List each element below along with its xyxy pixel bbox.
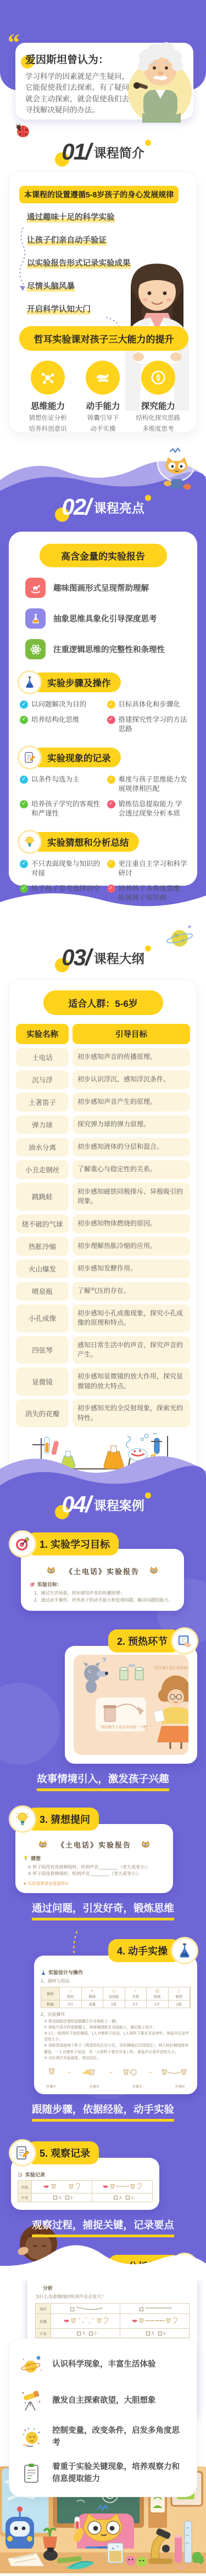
outline-heading: 03/ 课程大纲: [0, 946, 206, 969]
material-icon: ◇: [103, 1988, 125, 1994]
quantity-cell: 1根: [169, 2001, 191, 2008]
intro-point: 以实验报告形式记录实验成果: [27, 257, 131, 269]
analysis-row-head: 传播: [36, 2314, 51, 2329]
harvest-card: 认识科学现象，丰富生活体验 激发自主探索欲望，大胆想象 控制变量，改变条件，启发…: [9, 2338, 197, 2497]
quantity-row-head: 数量: [41, 2001, 60, 2008]
target-icon: [9, 1530, 36, 1558]
warmup-card: ? “这个盒子怎么会发出声音呢？” “我们做个土电话来试验一下吧！”: [65, 1646, 197, 1764]
compass-icon: [141, 361, 175, 395]
step-4: 4. 动手实操 实验设计与操作 1、器材与用品 器材 ○纸杯≈棉线◇双面胶∕牙签…: [0, 1937, 206, 2122]
harvest-text: 认识科学现象，丰富生活体验: [52, 2359, 156, 2371]
materials-label: 1、器材与用品: [41, 1978, 191, 1985]
cat-icon: [140, 1839, 151, 1850]
check-icon: ✓: [20, 800, 28, 808]
quantity-cell: 适量: [82, 2001, 104, 2008]
check-icon: ✓: [107, 860, 115, 868]
hands-icon: [86, 361, 120, 395]
section-title: 课程简介: [94, 143, 144, 161]
spread-cell: [120, 2314, 190, 2329]
step-2: 2. 预热环节 ? “这个盒子怎么会发出声音呢？” “我们做个土电话来试验一下吧…: [0, 1627, 206, 1791]
quote-title: 爱因斯坦曾认为：: [25, 52, 109, 66]
ability-line: 多维度思考: [131, 425, 186, 433]
operation-card: 实验设计与操作 1、器材与用品 器材 ○纸杯≈棉线◇双面胶∕牙签◎贴纸|吸管 数…: [34, 1956, 197, 2094]
group-title: 实验现象的记录: [36, 748, 121, 767]
step-label: 步骤④: [175, 2084, 185, 2089]
harvest-item: 认识科学现象，丰富生活体验: [19, 2353, 187, 2377]
cat-icon: [148, 1565, 159, 1576]
ability-line: 动手实操: [75, 425, 130, 433]
check-grid: ✓以条件勾选为主✓难度与孩子思维能力发展规律相匹配✓培养孩子学究的客观性和严谨性…: [20, 775, 188, 819]
quantity-cell: 2卷: [103, 2001, 125, 2008]
report-point: 抽象思维具象化引导深度思考: [25, 608, 188, 629]
outline-section: 03/ 课程大纲 适合人群：5-6岁 实验名称 引导目标 土电话 初步感知声音的…: [0, 921, 206, 1447]
material-icon: ○: [60, 1988, 81, 1994]
experiment-name-cell: 烧不破的气球: [16, 1215, 69, 1233]
material-cell: |吸管: [169, 1987, 191, 2000]
step-label: 步骤③: [132, 2084, 142, 2089]
report-title: 《土电话》实验报告: [57, 1839, 131, 1850]
cat-astronaut-icon: [151, 441, 202, 496]
step-pill: 3. 猜想提问: [31, 1808, 99, 1831]
experiment-name-cell: 跳跳蛙: [16, 1183, 69, 1211]
step-3: 3. 猜想提问 《土电话》实验报告 猜想 ① 杯子间没有连接棉线时，听到声音__…: [0, 1805, 206, 1921]
record-line-cell: [92, 2181, 153, 2193]
guess-line: ① 杯子间没有连接棉线时，听到声音________（变大或变小）；: [27, 1864, 165, 1871]
story-illustration: ? “这个盒子怎么会发出声音呢？” “我们做个土电话来试验一下吧！”: [74, 1655, 188, 1755]
harvest-text: 激发自主探索欲望，大胆想象: [52, 2395, 156, 2407]
step-labels: 步骤①步骤②步骤③步骤④: [41, 2083, 191, 2089]
report-point: 趣味图画形式呈现帮助理解: [25, 578, 188, 598]
harvest-text: 控制变量，改变条件，启发多角度思考: [52, 2425, 187, 2449]
rocking-horse-icon: [25, 578, 46, 598]
operation-step: ⑤ 对比两次实验现象，得出结论。: [44, 2055, 191, 2061]
goal-report-card: 《土电话》实验报告 实验目标： 1、通过生活场景，初步感知声音的传播原理；2、通…: [21, 1549, 184, 1611]
operation-steps: ① 将双面胶沿着杯底圆圈左右对称贴上一圈；② 将贴片放在杯底圆圈上，再将棉线粘在…: [41, 2019, 191, 2061]
guess-label: 猜想: [31, 1855, 41, 1862]
section-title: 课程亮点: [94, 498, 144, 516]
planet-icon: [19, 2353, 43, 2377]
step-caption: 观察过程，捕捉关键，记录要点: [0, 2218, 206, 2237]
ability-hands-on: 动手能力 锦囊引导下动手实操亲子互动式学习: [75, 361, 130, 433]
clipboard-icon: [19, 2461, 43, 2486]
harvest-item: 激发自主探索欲望，大胆想象: [19, 2389, 187, 2413]
experiment-name-cell: 显微镜: [16, 1367, 69, 1395]
experiment-name-cell: 沉与浮: [16, 1070, 69, 1089]
intro-point: 尽情头脑风暴: [27, 280, 75, 292]
experiment-name-cell: 喷泉瓶: [16, 1282, 69, 1301]
check-icon: ✓: [20, 860, 28, 868]
notes-icon: [18, 2172, 23, 2178]
condition-cell: [120, 2304, 190, 2314]
experiment-goal-cell: 初步感知显微镜的放大作用，探究显微镜的放大特点。: [73, 1367, 190, 1395]
check-icon: ✓: [107, 800, 115, 808]
step-pill: 2. 预热环节: [108, 1629, 176, 1652]
operation-step: ③ 2人一组将杯子连好棉线，1人对着杯子说话，1人将杯子罩在耳朵旁听，体验并记录…: [44, 2031, 191, 2043]
record-row-head: 声音: [18, 2193, 32, 2202]
check-text: 锻炼信息提取能力 学会透过现象分析本质: [119, 800, 189, 819]
harvest-item: 控制变量，改变条件，启发多角度思考: [19, 2425, 187, 2449]
materials-table: 器材 ○纸杯≈棉线◇双面胶∕牙签◎贴纸|吸管 数量 2只适量2卷2个2个1根: [41, 1987, 191, 2008]
design-label: 实验设计与操作: [48, 1969, 83, 1976]
group-title: 实验猜想和分析总结: [36, 832, 139, 852]
ability-line: 结构化探究思路: [131, 414, 186, 424]
experiment-name-cell: 土电话: [16, 1048, 69, 1067]
harvest-item: 着重于实验关键现象，培养观察力和信息提取能力: [19, 2461, 187, 2486]
analysis-question: 为什么连着棉线时听到声音会变大？: [35, 2294, 190, 2301]
steps-illustration: → → →: [41, 2066, 191, 2083]
record-row-head: 实验: [18, 2181, 32, 2193]
check-icon: ✓: [107, 776, 115, 784]
sound-options-cell: 大小: [92, 2193, 153, 2202]
table-header-goal: 引导目标: [73, 1024, 190, 1044]
experiment-goal-cell: 初步感知声音产生的原理。: [73, 1093, 190, 1112]
check-item: ✓以条件勾选为主: [20, 775, 102, 794]
experiment-name-cell: 小丑走钢丝: [16, 1160, 69, 1179]
analysis-row-head: 声音: [36, 2329, 51, 2338]
experiment-goal-cell: 初步感知声音的传播原理。: [73, 1048, 190, 1067]
experiment-name-cell: 油水分离: [16, 1138, 69, 1156]
record-table: 实验 声音 大小 大小: [18, 2180, 153, 2202]
experiment-name-cell: 小孔成像: [16, 1304, 69, 1332]
material-cell: ○纸杯: [60, 1987, 82, 2000]
report-point-text: 抽象思维具象化引导深度思考: [53, 613, 157, 624]
check-text: 难度与孩子思维能力发展规律相匹配: [119, 775, 189, 794]
experiment-goal-cell: 初步感知液体的分层和混合。: [73, 1138, 190, 1156]
check-item: ✓更注重自主学习和科学研讨: [107, 859, 189, 879]
operation-step: ② 将贴片放在杯底圆圈上，再将棉线粘在双面胶上，最后贴上贴片；: [44, 2025, 191, 2031]
section-number: 04/: [62, 1493, 90, 1516]
bulb-icon: [9, 1805, 36, 1833]
experiment-goal-cell: 感知日常生活中的声音，探究声音的产生。: [73, 1336, 190, 1364]
report-point-text: 注重逻辑思维的完整性和条理性: [53, 643, 165, 655]
ability-thinking: 思维能力 猜想佐证分析培养科创意识和审辩性思维: [20, 361, 75, 433]
experiment-goal-cell: 探究弹力球的弹力原理。: [73, 1115, 190, 1134]
landing-page: “ 爱因斯坦曾认为： 学习科学的因素就是产生疑问，它能促使我们去探索。有了疑问就…: [0, 0, 206, 2576]
quantity-cell: 2个: [125, 2001, 147, 2008]
check-text: 搭建探究性学习的方法思路: [119, 715, 189, 734]
check-icon: ✓: [107, 700, 115, 709]
materials-row-head: 器材: [41, 1987, 60, 2000]
check-text: 目标具体化和步骤化: [119, 700, 181, 710]
bulb-icon: [23, 1855, 29, 1861]
experiment-name-cell: 热胀冷缩: [16, 1237, 69, 1256]
book-hand-icon: [171, 1627, 198, 1655]
operation-step: ① 将双面胶沿着杯底圆圈左右对称贴上一圈；: [44, 2019, 191, 2025]
report-point-text: 趣味图画形式呈现帮助理解: [53, 582, 149, 594]
experiment-goal-cell: 初步感知发酵作用。: [73, 1259, 190, 1278]
step-pill: 1. 实验学习目标: [31, 1532, 119, 1555]
thinking-bulb-icon: [19, 2425, 43, 2449]
group-title: 实验步骤及操作: [36, 673, 121, 692]
check-item: ✓以问题解决为目的: [20, 700, 102, 710]
ability-line: 猜想佐证分析: [20, 414, 75, 424]
speech-bubble-2: “我们做个土电话来试验一下吧！”: [100, 1724, 152, 1729]
report-title-pill: 高含金量的实验报告: [40, 544, 167, 567]
intro-card: 本课程的设置遵循5-8岁孩子的身心发展规律 通过趣味十足的科学实验让孩子们亲自动…: [9, 171, 197, 433]
sound-options-cell: 大小: [120, 2329, 190, 2338]
intro-banner: 本课程的设置遵循5-8岁孩子的身心发展规律: [19, 186, 179, 203]
step-pill: 5. 观察记录: [31, 2141, 99, 2164]
wave-decoration: [0, 886, 206, 921]
abilities-row: 思维能力 猜想佐证分析培养科创意识和审辩性思维 动手能力 锦囊引导下动手实操亲子…: [20, 361, 186, 433]
experiment-goal-cell: 了解重心与稳定性的关系。: [73, 1160, 190, 1179]
quantity-cell: 2只: [60, 2001, 82, 2008]
highlight-section: 02/ 课程亮点 高含金量的实验报告 趣味图画形式呈现帮助理解 抽象思维具象化引…: [0, 449, 206, 921]
section-number: 01/: [62, 140, 90, 163]
einstein-illustration: [120, 31, 203, 123]
check-icon: ✓: [20, 700, 28, 709]
molecule-icon: [31, 361, 65, 395]
intro-points-list: 通过趣味十足的科学实验让孩子们亲自动手验证以实验报告形式记录实验成果尽情头脑风暴…: [27, 211, 137, 315]
check-item: ✓培养结构化思维: [20, 715, 102, 734]
guess-report-card: 《土电话》实验报告 猜想 ① 杯子间没有连接棉线时，听到声音________（变…: [15, 1824, 173, 1894]
step-caption: 通过问题，引发好奇，锻炼思维: [0, 1901, 206, 1920]
check-text: 不只表面现象与知识的对接: [31, 859, 102, 879]
outline-table: 实验名称 引导目标 土电话 初步感知声音的传播原理。 沉与浮 初步认识浮沉，感知…: [16, 1024, 190, 1427]
cat-icon: [37, 1839, 48, 1850]
experiment-goal-cell: 初步理解热胀冷缩的应用。: [73, 1237, 190, 1256]
material-cell: ◎贴纸: [147, 1987, 169, 2000]
check-item: ✓不只表面现象与知识的对接: [20, 859, 102, 879]
experiment-goal-cell: 初步感知磁铁同极排斥、异极吸引的现象。: [73, 1183, 190, 1211]
check-grid: ✓以问题解决为目的✓目标具体化和步骤化✓培养结构化思维✓搭建探究性学习的方法思路: [20, 700, 188, 734]
intro-point: 通过趣味十足的科学实验: [27, 211, 115, 223]
check-icon: ✓: [20, 776, 28, 784]
check-item: ✓搭建探究性学习的方法思路: [107, 715, 189, 734]
flask-icon: [18, 670, 42, 694]
experiment-goal-cell: 初步感知光的全反射现象，探索光的特性。: [73, 1399, 190, 1427]
check-item: ✓难度与孩子思维能力发展规律相匹配: [107, 775, 189, 794]
experiment-name-cell: 土著笛子: [16, 1093, 69, 1112]
check-icon: ✓: [20, 716, 28, 724]
case-heading: 04/ 课程案例: [0, 1493, 206, 1516]
ability-name: 思维能力: [20, 400, 75, 412]
check-item: ✓目标具体化和步骤化: [107, 700, 189, 710]
check-text: 培养孩子学究的客观性和严谨性: [31, 800, 102, 819]
sound-options-cell: 大小: [51, 2329, 120, 2338]
intro-section: 01/ 课程简介 本课程的设置遵循5-8岁孩子的身心发展规律 通过趣味十足的科学…: [0, 137, 206, 449]
experiment-name-cell: 火山爆发: [16, 1259, 69, 1278]
material-icon: |: [169, 1988, 190, 1994]
check-icon: ✓: [107, 716, 115, 724]
globe-icon: [35, 2286, 41, 2291]
analysis-table: 条件 传播 声音 大小 大小: [35, 2303, 190, 2338]
experiment-name-cell: 消失的花瓣: [16, 1399, 69, 1427]
material-icon: ≈: [82, 1988, 103, 1994]
ability-line: 锦囊引导下: [75, 414, 130, 424]
section-number: 03/: [62, 946, 90, 969]
condition-cell: [51, 2304, 120, 2314]
sound-options-cell: 大小: [32, 2193, 92, 2202]
section-title: 课程案例: [94, 1496, 144, 1514]
operation-step: ④ 用吸管连接两个杯子（吸管预先扎好小孔，穿好棉线后打结固定），两人轻拉棉线使其…: [44, 2043, 191, 2055]
intro-point: 让孩子们亲自动手验证: [27, 234, 107, 246]
experiment-goal-cell: 了解气压的存在。: [73, 1282, 190, 1301]
record-label: 实验记录: [25, 2171, 45, 2178]
ability-name: 探究能力: [131, 400, 186, 412]
experiment-goal-cell: 初步认识浮沉，感知浮沉条件。: [73, 1070, 190, 1089]
abilities-title-pill: 哲耳实验课对孩子三大能力的提升: [19, 326, 188, 351]
step-pill: 4. 动手实操: [108, 1939, 176, 1962]
check-text: 更注重自主学习和科学研讨: [119, 859, 189, 879]
experiment-goal-cell: 初步感知物体燃烧的原因。: [73, 1215, 190, 1233]
experiment-name-cell: 四弦琴: [16, 1336, 69, 1364]
material-icon: ∕: [125, 1988, 147, 1994]
step-label: 步骤②: [89, 2084, 99, 2089]
quantity-cell: 2个: [147, 2001, 169, 2008]
quote-body: 学习科学的因素就是产生疑问，它能促使我们去探索。有了疑问就会主动探索，就会促使我…: [25, 71, 135, 116]
check-item: ✓培养孩子学究的客观性和严谨性: [20, 800, 102, 819]
goal-label: 实验目标：: [37, 1581, 62, 1588]
highlight-card: 高含金量的实验报告 趣味图画形式呈现帮助理解 抽象思维具象化引导深度思考 注重逻…: [9, 532, 197, 886]
goal-line: 1、通过生活场景，初步感知声音的传播原理；: [34, 1590, 175, 1597]
experiment-name-cell: 弹力球: [16, 1115, 69, 1134]
bulb-icon: [18, 830, 42, 854]
ability-inquiry: 探究能力 结构化探究思路多维度思考事物本质: [131, 361, 186, 433]
goal-line: 2、通过动手操作，培养孩子的动手能力和发现问题、解决问题的能力。: [34, 1597, 175, 1604]
svg-text:?: ?: [102, 1656, 106, 1664]
material-cell: ◇双面胶: [103, 1987, 125, 2000]
highlight-heading: 02/ 课程亮点: [0, 495, 206, 518]
speech-bubble-1: “这个盒子怎么会发出声音呢？”: [154, 1665, 188, 1670]
notes-icon: [18, 745, 42, 770]
intro-heading: 01/ 课程简介: [0, 140, 206, 163]
guess-line: ② 杯子间连着棉线时，听到声音________（变大或变小）；: [27, 1871, 165, 1878]
check-item: ✓锻炼信息提取能力 学会透过现象分析本质: [107, 800, 189, 819]
harvest-text: 着重于实验关键现象，培养观察力和信息提取能力: [52, 2461, 187, 2486]
check-text: 以问题解决为目的: [31, 700, 86, 710]
section-title: 课程大纲: [94, 949, 144, 967]
section-number: 02/: [62, 495, 90, 518]
group-record: 实验现象的记录 ✓以条件勾选为主✓难度与孩子思维能力发展规律相匹配✓培养孩子学究…: [18, 745, 188, 819]
record-no-line-cell: [32, 2181, 92, 2193]
case-section: 04/ 课程案例 1. 实验学习目标 《土电话》实验报告 实验目标： 1、通过生…: [0, 1447, 206, 2280]
ability-line: 培养科创意识: [20, 425, 75, 433]
flask-icon: [41, 1970, 46, 1975]
audience-pill: 适合人群：5-6岁: [43, 990, 163, 1015]
target-icon: [30, 1582, 35, 1587]
material-cell: ≈棉线: [82, 1987, 104, 2000]
intro-point: 开启科学认知大门: [27, 303, 91, 315]
step-caption: 故事情境引入，激发孩子兴趣: [0, 1771, 206, 1791]
operation-label: 2、实验操作: [41, 2011, 191, 2019]
step-5: 5. 观察记录 实验记录 实验 声音 大小 大小 观察过程: [0, 2139, 206, 2237]
analysis-label: 分析: [43, 2284, 53, 2292]
ladybug-icon: [14, 124, 31, 138]
step-label: 步骤①: [46, 2084, 56, 2089]
analysis-row-head: 条件: [36, 2304, 51, 2314]
outline-card: 适合人群：5-6岁 实验名称 引导目标 土电话 初步感知声音的传播原理。 沉与浮…: [9, 979, 197, 1479]
wave-decoration: [0, 2242, 206, 2280]
material-cell: ∕牙签: [125, 1987, 147, 2000]
check-text: 以条件勾选为主: [31, 775, 80, 794]
atom-icon: [25, 639, 46, 659]
spread-cell: [51, 2314, 120, 2329]
cat-icon: [46, 1565, 57, 1576]
report-title: 《土电话》实验报告: [65, 1566, 140, 1576]
experiment-goal-cell: 初步感知小孔成像现象，探究小孔成像的原理和特点。: [73, 1304, 190, 1332]
step-1: 1. 实验学习目标 《土电话》实验报告 实验目标： 1、通过生活场景，初步感知声…: [0, 1530, 206, 1611]
telescope-icon: [19, 2389, 43, 2413]
flask-icon: [171, 1937, 198, 1964]
flask-icon: [25, 608, 46, 629]
group-steps: 实验步骤及操作 ✓以问题解决为目的✓目标具体化和步骤化✓培养结构化思维✓搭建探究…: [18, 670, 188, 734]
ability-name: 动手能力: [75, 400, 130, 412]
step-caption: 跟随步骤，依据经验，动手实验: [0, 2102, 206, 2122]
table-header-name: 实验名称: [16, 1024, 69, 1044]
star-note: ★ 实验猜想请查看猜想①: [23, 1880, 165, 1887]
report-point: 注重逻辑思维的完整性和条理性: [25, 639, 188, 659]
quote-section: “ 爱因斯坦曾认为： 学习科学的因素就是产生疑问，它能促使我们去探索。有了疑问就…: [0, 0, 206, 137]
material-icon: ◎: [147, 1988, 168, 1994]
check-text: 培养结构化思维: [31, 715, 80, 734]
notes-icon: [9, 2139, 36, 2167]
